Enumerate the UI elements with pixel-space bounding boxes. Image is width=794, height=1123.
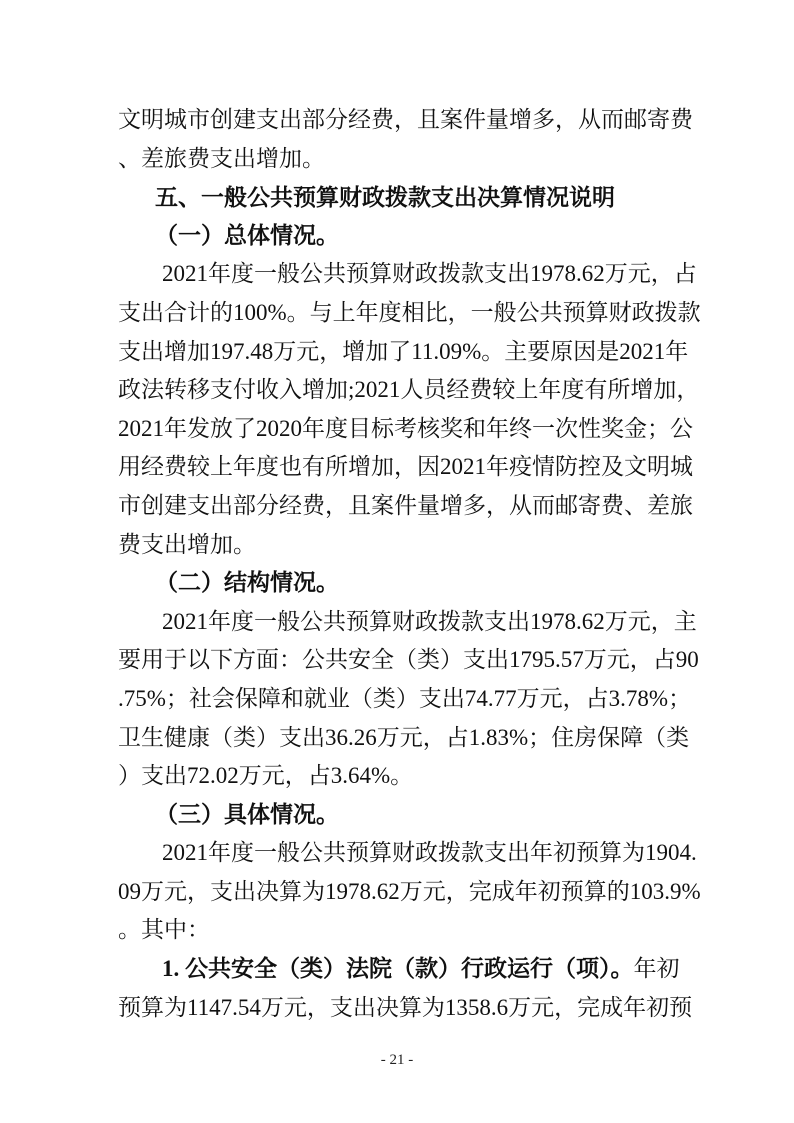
numbered-item-1-line: 1. 公共安全（类）法院（款）行政运行（项）。年初: [118, 950, 659, 989]
body-line: ）支出72.02万元，占3.64%。: [118, 757, 659, 796]
body-line: 支出增加197.48万元，增加了11.09%。主要原因是2021年: [118, 333, 659, 372]
body-line: .75%；社会保障和就业（类）支出74.77万元，占3.78%；: [118, 680, 659, 719]
text-block: 文明城市创建支出部分经费，且案件量增多，从而邮寄费 、差旅费支出增加。 五、一般…: [118, 101, 659, 1027]
body-line: 2021年度一般公共预算财政拨款支出1978.62万元，主: [118, 603, 659, 642]
body-line: 支出合计的100%。与上年度相比，一般公共预算财政拨款: [118, 294, 659, 333]
body-line: 09万元，支出决算为1978.62万元，完成年初预算的103.9%: [118, 873, 659, 912]
body-line: 、差旅费支出增加。: [118, 140, 659, 179]
body-line: 文明城市创建支出部分经费，且案件量增多，从而邮寄费: [118, 101, 659, 140]
body-line: 。其中：: [118, 911, 659, 950]
body-line: 2021年发放了2020年度目标考核奖和年终一次性奖金；公: [118, 410, 659, 449]
body-line: 要用于以下方面：公共安全（类）支出1795.57万元，占90: [118, 641, 659, 680]
body-line: 市创建支出部分经费，且案件量增多，从而邮寄费、差旅: [118, 487, 659, 526]
body-line: 2021年度一般公共预算财政拨款支出1978.62万元，占: [118, 255, 659, 294]
body-line: 卫生健康（类）支出36.26万元，占1.83%；住房保障（类: [118, 719, 659, 758]
numbered-item-1-title: 1. 公共安全（类）法院（款）行政运行（项）。: [162, 956, 634, 981]
body-line: 预算为1147.54万元，支出决算为1358.6万元，完成年初预: [118, 989, 659, 1028]
body-line: 费支出增加。: [118, 526, 659, 565]
body-line: 用经费较上年度也有所增加，因2021年疫情防控及文明城: [118, 448, 659, 487]
body-line: 2021年度一般公共预算财政拨款支出年初预算为1904.: [118, 834, 659, 873]
subsection-heading-3: （三）具体情况。: [118, 796, 659, 835]
subsection-heading-1: （一）总体情况。: [118, 217, 659, 256]
document-page: 文明城市创建支出部分经费，且案件量增多，从而邮寄费 、差旅费支出增加。 五、一般…: [0, 0, 794, 1123]
subsection-heading-2: （二）结构情况。: [118, 564, 659, 603]
page-number: - 21 -: [0, 1050, 794, 1070]
section-heading-5: 五、一般公共预算财政拨款支出决算情况说明: [118, 178, 659, 217]
numbered-item-1-continuation: 年初: [634, 956, 680, 981]
body-line: 政法转移支付收入增加;2021人员经费较上年度有所增加，: [118, 371, 659, 410]
